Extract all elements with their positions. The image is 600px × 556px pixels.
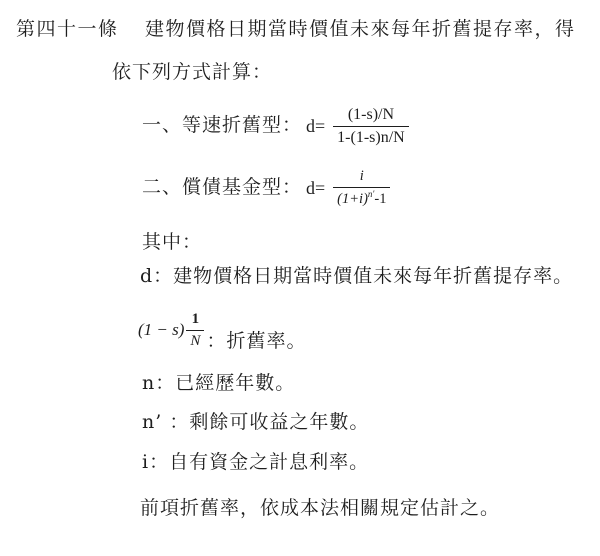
definition-rate-denominator: N — [186, 330, 204, 350]
definition-d: d：建物價格日期當時價值未來每年折舊提存率。 — [140, 265, 573, 289]
formula-2-denominator-base: (1+i) — [337, 191, 368, 207]
intro-line-2: 依下列方式計算： — [112, 61, 272, 85]
definition-n: n：已經歷年數。 — [142, 372, 295, 396]
formula-2-numerator: i — [356, 169, 368, 187]
among-label: 其中： — [142, 231, 202, 255]
article-number: 第四十一條 — [16, 18, 119, 42]
formula-2-denominator: (1+i)n′-1 — [333, 187, 390, 208]
formula-1-var: d= — [306, 116, 325, 137]
intro-line-1: 建物價格日期當時價值未來每年折舊提存率，得 — [145, 18, 576, 42]
formula-2: 二、償債基金型： d= i (1+i)n′-1 — [142, 164, 390, 212]
definition-n-prime: n’ ：剩餘可收益之年數。 — [142, 411, 369, 435]
formula-1-label: 一、等速折舊型： — [142, 114, 302, 138]
formula-2-label: 二、償債基金型： — [142, 176, 302, 200]
formula-1: 一、等速折舊型： d= (1-s)/N 1-(1-s)n/N — [142, 100, 409, 152]
closing-sentence: 前項折舊率，依成本法相關規定估計之。 — [140, 497, 500, 521]
document-page: 第四十一條 建物價格日期當時價值未來每年折舊提存率，得 依下列方式計算： 一、等… — [0, 0, 600, 556]
formula-2-var: d= — [306, 178, 325, 199]
formula-1-denominator: 1-(1-s)n/N — [333, 126, 409, 147]
definition-rate-fraction: 1 N — [186, 311, 204, 349]
formula-2-denominator-tail: -1 — [374, 191, 386, 207]
formula-2-fraction: i (1+i)n′-1 — [333, 169, 390, 208]
definition-rate-numerator: 1 — [188, 311, 204, 330]
definition-i: i：自有資金之計息利率。 — [142, 451, 369, 475]
definition-rate: (1 − s) 1 N ：折舊率。 — [138, 306, 306, 354]
definition-rate-suffix: ：折舊率。 — [206, 330, 306, 354]
formula-1-fraction: (1-s)/N 1-(1-s)n/N — [333, 106, 409, 146]
definition-rate-prefix: (1 − s) — [138, 320, 184, 340]
formula-1-numerator: (1-s)/N — [344, 106, 398, 126]
